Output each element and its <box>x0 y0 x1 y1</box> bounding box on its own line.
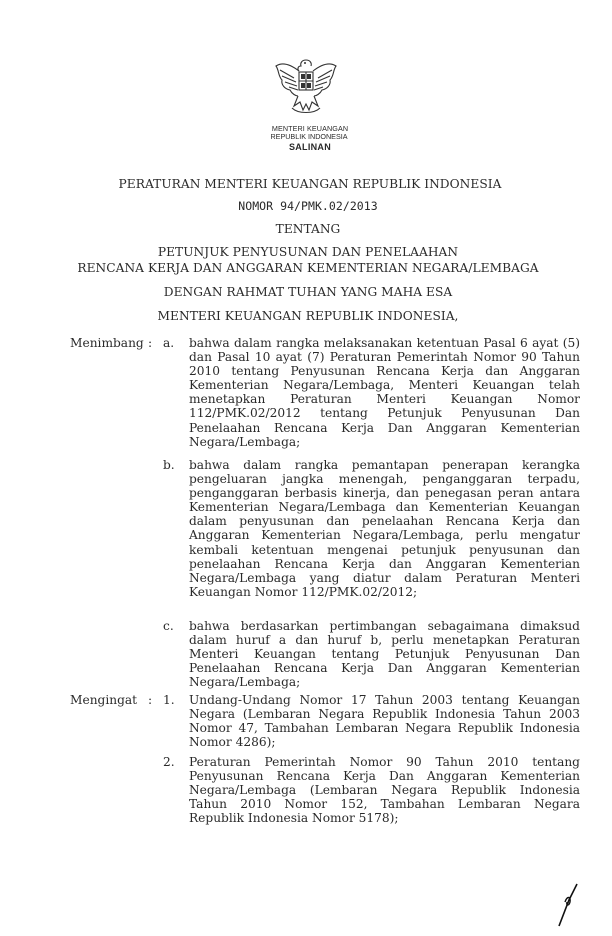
invocation: DENGAN RAHMAT TUHAN YANG MAHA ESA <box>0 285 612 299</box>
subject-line-2: RENCANA KERJA DAN ANGGARAN KEMENTERIAN N… <box>0 261 612 275</box>
garuda-emblem-icon <box>270 52 342 118</box>
menimbang-colon: : <box>148 336 152 350</box>
item-marker: c. <box>163 619 189 633</box>
item-text: Peraturan Pemerintah Nomor 90 Tahun 2010… <box>189 755 580 825</box>
menimbang-label: Menimbang <box>70 336 144 350</box>
regulation-number: NOMOR 94/PMK.02/2013 <box>0 199 612 213</box>
mengingat-colon: : <box>148 693 152 707</box>
item-text: bahwa berdasarkan pertimbangan sebagaima… <box>189 619 580 689</box>
salinan-stamp: SALINAN <box>0 142 612 152</box>
item-text: bahwa dalam rangka melaksanakan ketentua… <box>189 336 580 449</box>
item-marker: b. <box>163 458 189 472</box>
item-text: Undang-Undang Nomor 17 Tahun 2003 tentan… <box>189 693 580 749</box>
tentang-heading: TENTANG <box>0 222 612 236</box>
item-marker: 2. <box>163 755 189 769</box>
mengingat-label: Mengingat <box>70 693 137 707</box>
regulation-title: PERATURAN MENTERI KEUANGAN REPUBLIK INDO… <box>0 177 612 191</box>
item-text: bahwa dalam rangka pemantapan penerapan … <box>189 458 580 599</box>
item-marker: 1. <box>163 693 189 707</box>
issuer: MENTERI KEUANGAN REPUBLIK INDONESIA, <box>0 309 612 323</box>
paraf-signature-icon <box>555 880 585 930</box>
subject-line-1: PETUNJUK PENYUSUNAN DAN PENELAAHAN <box>0 245 612 259</box>
item-marker: a. <box>163 336 189 350</box>
institution-line-2: REPUBLIK INDONESIA <box>0 132 612 141</box>
